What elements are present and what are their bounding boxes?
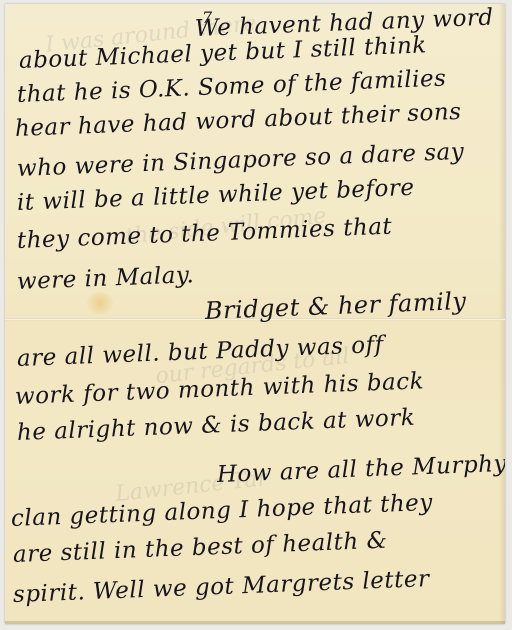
letter-page: I was around therethe side will comeour … [5, 4, 505, 624]
text-line: are still in the best of health & [13, 528, 388, 568]
text-line: clan getting along I hope that they [11, 490, 434, 532]
paper-stain [87, 292, 113, 314]
text-line: it will be a little while yet before [17, 175, 415, 216]
page-right-edge [499, 4, 505, 624]
text-line: he alright now & is back at work [17, 405, 416, 446]
page-bottom-edge [5, 621, 505, 624]
text-line: How are all the Murphy [217, 451, 505, 488]
text-line: were in Malay. [17, 262, 195, 295]
text-line: spirit. Well we got Margrets letter [13, 566, 430, 608]
